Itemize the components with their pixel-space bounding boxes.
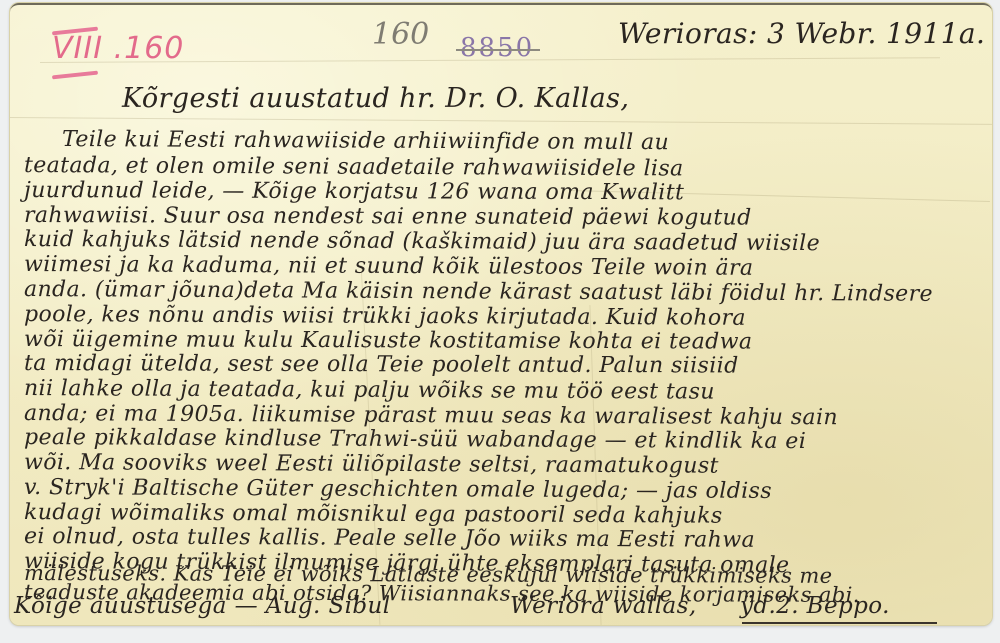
body-line: teatada, et olen omile seni saadetaile r… xyxy=(24,153,684,181)
paper-crease xyxy=(10,117,992,125)
body-line: juurdunud leide, — Kõige korjatsu 126 wa… xyxy=(24,178,684,205)
body-line: nii lahke olla ja teatada, kui palju wõi… xyxy=(24,376,715,405)
signature-name: ÿd.2. Beppo. xyxy=(740,593,890,619)
signature-place: Weriora wallas, xyxy=(510,593,697,619)
underline-mark xyxy=(52,71,98,80)
archive-number: VIII .160 xyxy=(52,31,184,66)
body-line: v. Stryk'i Baltische Güter geschichten o… xyxy=(24,475,772,504)
body-line: wiimesi ja ka kaduma, nii et suund kõik … xyxy=(24,252,754,281)
pencil-catalog-number: 160 xyxy=(372,17,429,52)
postcard: VIII .160 160 8850 Werioras: 3 Webr. 191… xyxy=(10,3,992,625)
salutation: Kõrgesti auustatud hr. Dr. O. Kallas, xyxy=(122,83,629,114)
archive-mark-pink: VIII .160 xyxy=(52,31,184,66)
body-line: ei olnud, osta tulles kallis. Peale sell… xyxy=(24,524,755,553)
body-line: wõi. Ma sooviks weel Eesti üliõpilaste s… xyxy=(24,450,719,479)
struck-stamp-number: 8850 xyxy=(460,33,534,63)
strikethrough-line xyxy=(456,49,540,51)
body-line: rahwawiisi. Suur osa nendest sai enne su… xyxy=(24,203,752,231)
scanned-postcard-viewer: VIII .160 160 8850 Werioras: 3 Webr. 191… xyxy=(0,0,1000,643)
closing-line: Kõige auustusega — Aug. Sibul xyxy=(14,593,390,619)
date-place-line: Werioras: 3 Webr. 1911a. xyxy=(618,17,985,50)
signature-underline xyxy=(742,622,937,624)
body-line: Teile kui Eesti rahwawiiside arhiiwiinfi… xyxy=(62,127,669,155)
body-line: ta midagi ütelda, sest see olla Teie poo… xyxy=(24,351,739,378)
